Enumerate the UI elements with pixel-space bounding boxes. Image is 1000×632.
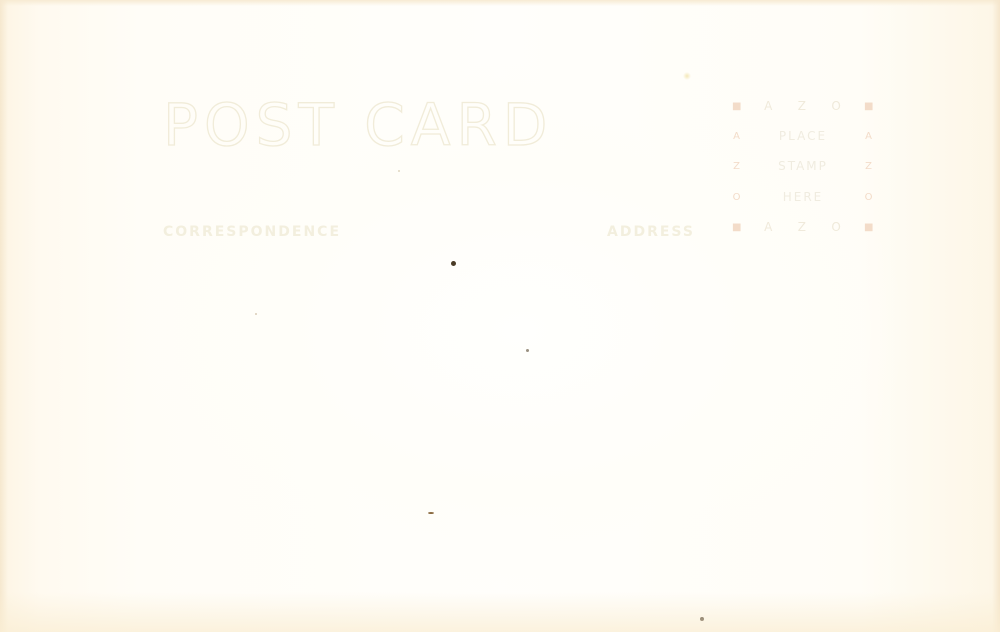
corner-square-icon: ■ <box>864 101 874 112</box>
stamp-box-top-border: ■ A Z O ■ <box>732 99 874 113</box>
paper-speck <box>398 170 400 172</box>
stamp-box-line-1: A PLACE A <box>732 129 874 143</box>
paper-speck <box>700 617 704 621</box>
corner-square-icon: ■ <box>732 222 742 233</box>
brand-letter: O <box>831 220 841 234</box>
stamp-instruction-place: PLACE <box>742 129 864 143</box>
stamp-box-line-2: Z STAMP Z <box>732 159 874 173</box>
brand-letter-left: O <box>732 192 742 203</box>
stamp-brand-letters-top: A Z O <box>742 99 864 113</box>
brand-letter: A <box>764 220 773 234</box>
paper-speck <box>255 313 257 315</box>
brand-letter: Z <box>798 220 807 234</box>
brand-letter-left: Z <box>732 161 742 172</box>
paper-speck <box>526 349 529 352</box>
paper-speck <box>428 512 434 514</box>
brand-letter: A <box>764 99 773 113</box>
brand-letter-right: Z <box>864 161 874 172</box>
correspondence-label: CORRESPONDENCE <box>163 224 341 240</box>
postcard-title: POST CARD <box>163 96 553 154</box>
stamp-box-line-3: O HERE O <box>732 190 874 204</box>
stamp-brand-letters-bottom: A Z O <box>742 220 864 234</box>
stamp-instruction-stamp: STAMP <box>742 159 864 173</box>
brand-letter: Z <box>798 99 807 113</box>
stamp-box-bottom-border: ■ A Z O ■ <box>732 220 874 234</box>
corner-square-icon: ■ <box>864 222 874 233</box>
corner-square-icon: ■ <box>732 101 742 112</box>
brand-letter-right: O <box>864 192 874 203</box>
brand-letter: O <box>831 99 841 113</box>
paper-edge-right <box>992 0 1000 632</box>
stamp-instruction-here: HERE <box>742 190 864 204</box>
paper-edge-left <box>0 0 8 632</box>
stamp-box: ■ A Z O ■ A PLACE A Z STAMP Z O HERE O ■ <box>732 97 874 237</box>
brand-letter-left: A <box>732 131 742 142</box>
paper-speck <box>451 261 456 266</box>
brand-letter-right: A <box>864 131 874 142</box>
faint-mark <box>683 72 691 80</box>
address-label: ADDRESS <box>607 224 695 240</box>
postcard-back: POST CARD CORRESPONDENCE ADDRESS ■ A Z O… <box>0 0 1000 632</box>
